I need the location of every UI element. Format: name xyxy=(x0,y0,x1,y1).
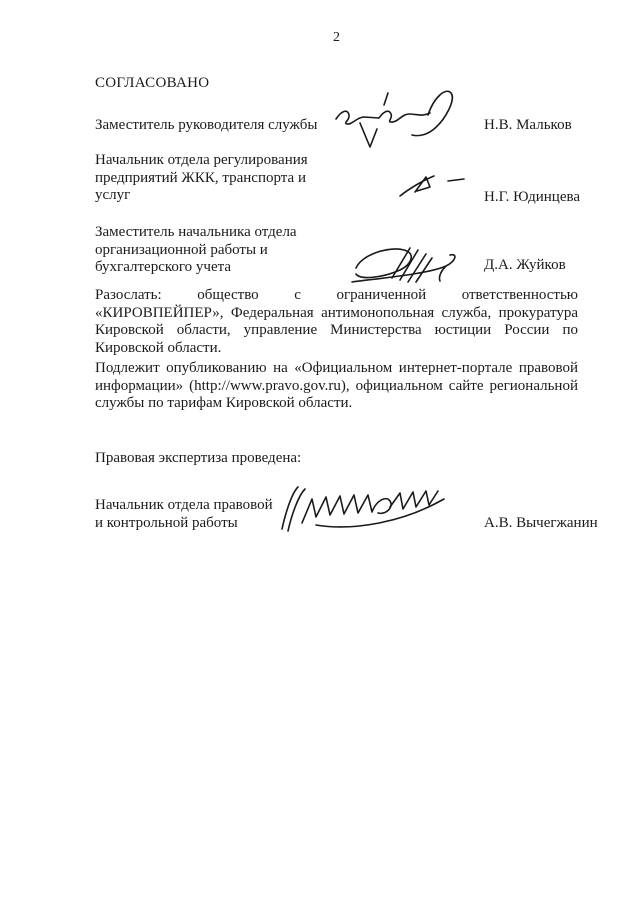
publication-paragraph: Подлежит опубликованию на «Официальном и… xyxy=(95,360,578,413)
approval-title-3-line: организационной работы и xyxy=(95,242,297,260)
malkov-signature-icon xyxy=(330,85,480,150)
approval-title-3-line: Заместитель начальника отдела xyxy=(95,224,297,242)
vychegzhanin-signature-icon xyxy=(272,483,457,533)
distribution-paragraph: Разослать: общество с ограниченной ответ… xyxy=(95,287,578,357)
approval-title-1-line: Заместитель руководителя службы xyxy=(95,117,317,135)
approval-title-2-line: Начальник отдела регулирования xyxy=(95,152,308,170)
approved-heading: СОГЛАСОВАНО xyxy=(95,75,209,92)
approval-title-2-line: услуг xyxy=(95,187,308,205)
approval-title-2: Начальник отдела регулирования предприят… xyxy=(95,152,308,205)
legal-review-statement: Правовая экспертиза проведена: xyxy=(95,450,301,468)
legal-review-title: Начальник отдела правовой и контрольной … xyxy=(95,497,273,532)
page-number: 2 xyxy=(95,30,578,46)
legal-review-title-line: Начальник отдела правовой xyxy=(95,497,273,515)
approval-title-1: Заместитель руководителя службы xyxy=(95,117,317,135)
legal-review-name: А.В. Вычегжанин xyxy=(484,515,598,532)
document-page: 2 СОГЛАСОВАНО Заместитель руководителя с… xyxy=(0,0,640,905)
approval-name-1: Н.В. Мальков xyxy=(484,117,572,134)
zhuykov-signature-icon xyxy=(342,240,467,290)
legal-review-title-line: и контрольной работы xyxy=(95,515,273,533)
approval-title-3: Заместитель начальника отдела организаци… xyxy=(95,224,297,277)
approval-title-3-line: бухгалтерского учета xyxy=(95,259,297,277)
approval-name-2: Н.Г. Юдинцева xyxy=(484,189,580,206)
yudintseva-signature-icon xyxy=(398,170,473,198)
approval-name-3: Д.А. Жуйков xyxy=(484,257,566,274)
approval-title-2-line: предприятий ЖКК, транспорта и xyxy=(95,170,308,188)
